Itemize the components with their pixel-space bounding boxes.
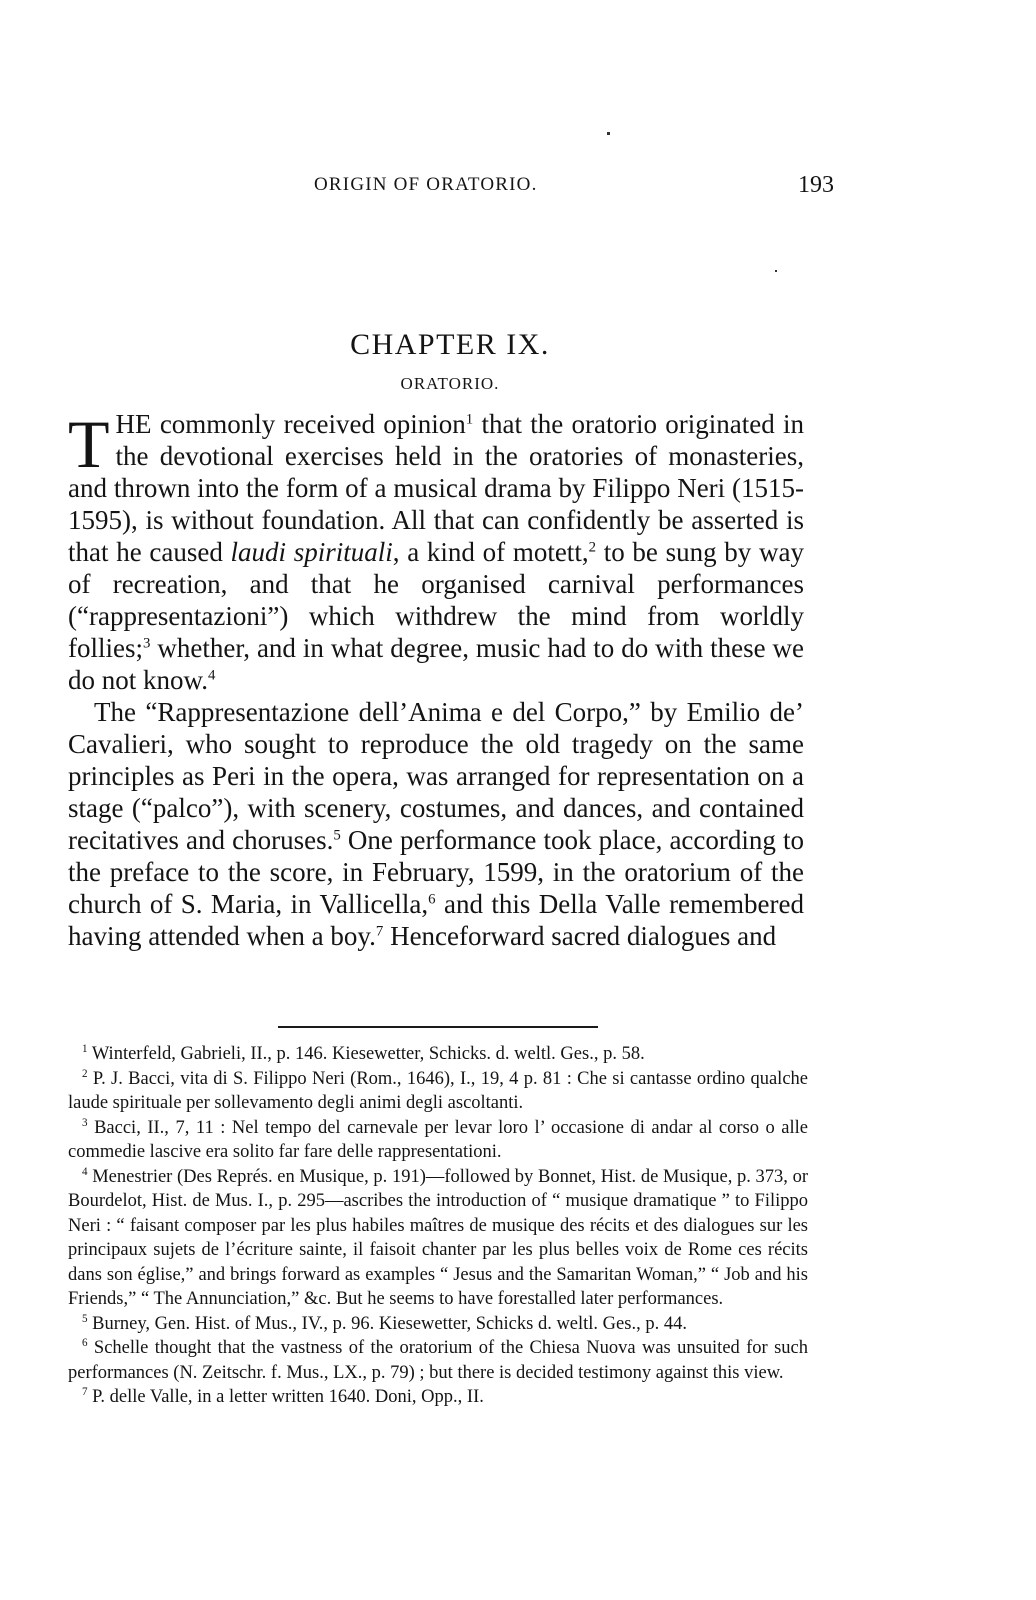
footnote: 1 Winterfeld, Gabrieli, II., p. 146. Kie…: [68, 1042, 808, 1067]
footnote-ref: 1: [466, 411, 473, 427]
footnote-ref: 3: [143, 635, 150, 651]
footnote: 7 P. delle Valle, in a letter written 16…: [68, 1385, 808, 1410]
footnote-ref: 4: [208, 667, 215, 683]
running-head-title: ORIGIN OF ORATORIO.: [314, 174, 538, 196]
footnote-divider: [278, 1026, 598, 1028]
body-text: THE commonly received opinion1 that the …: [68, 408, 804, 952]
footnote-ref: 5: [333, 827, 340, 843]
footnote-number: 4: [82, 1165, 88, 1177]
chapter-subtitle: ORATORIO.: [0, 374, 900, 394]
footnote-ref: 7: [376, 923, 383, 939]
footnote: 5 Burney, Gen. Hist. of Mus., IV., p. 96…: [68, 1312, 808, 1337]
page-number: 193: [798, 172, 834, 199]
italic-phrase: laudi spirituali: [231, 537, 393, 567]
footnote-number: 2: [82, 1067, 88, 1079]
print-speck: [775, 270, 777, 272]
footnote-number: 1: [82, 1043, 88, 1055]
footnote-ref: 6: [428, 891, 435, 907]
footnote-ref: 2: [589, 539, 596, 555]
body-paragraph: The “Rappresentazione dell’Anima e del C…: [68, 696, 804, 952]
footnote-number: 7: [82, 1386, 88, 1398]
footnotes: 1 Winterfeld, Gabrieli, II., p. 146. Kie…: [68, 1042, 808, 1410]
chapter-title: CHAPTER IX.: [0, 328, 900, 362]
footnote-number: 3: [82, 1116, 88, 1128]
print-speck: [607, 132, 610, 135]
footnote: 4 Menestrier (Des Représ. en Musique, p.…: [68, 1165, 808, 1312]
body-paragraph: THE commonly received opinion1 that the …: [68, 408, 804, 696]
running-head: ORIGIN OF ORATORIO. 193: [314, 174, 834, 204]
footnote: 2 P. J. Bacci, vita di S. Filippo Neri (…: [68, 1067, 808, 1116]
footnote-number: 5: [82, 1312, 88, 1324]
footnote-number: 6: [82, 1337, 88, 1349]
footnote: 6 Schelle thought that the vastness of t…: [68, 1336, 808, 1385]
footnote: 3 Bacci, II., 7, 11 : Nel tempo del carn…: [68, 1116, 808, 1165]
drop-cap: T: [68, 414, 110, 472]
